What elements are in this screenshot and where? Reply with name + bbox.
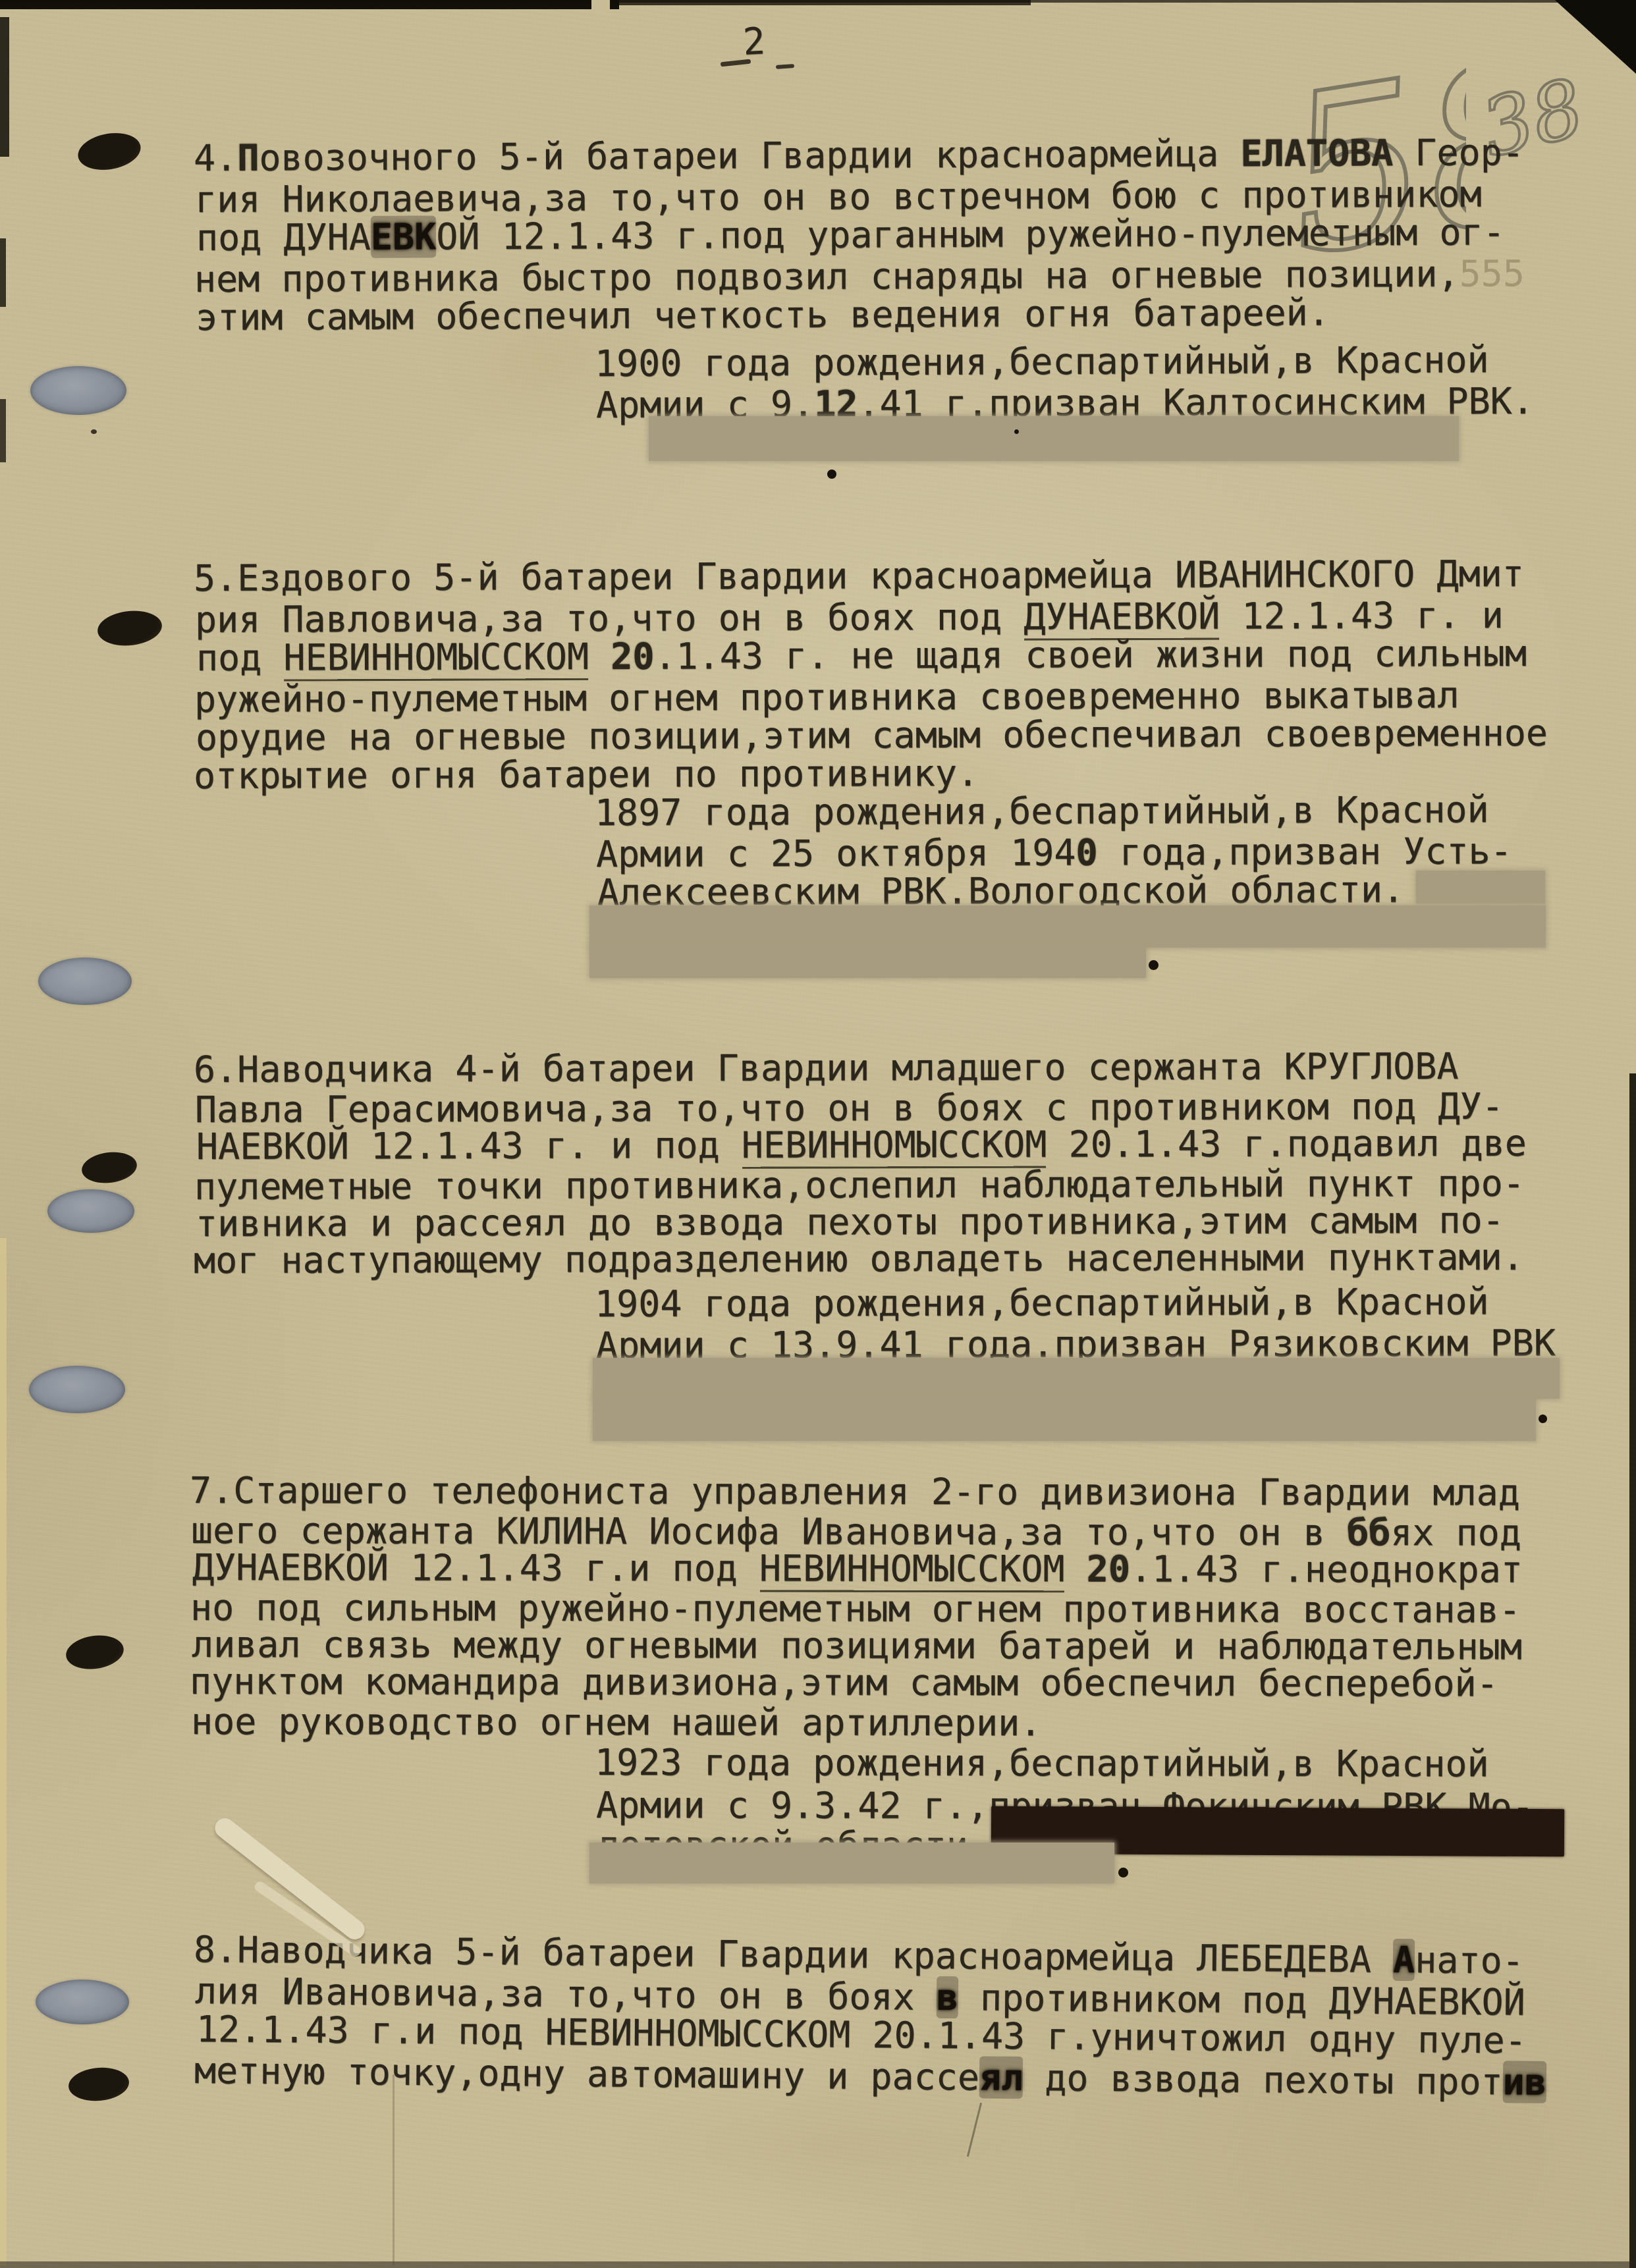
entry-7-body-line-3: ДУНАЕВКОЙ 12.1.43 г.и под НЕВИННОМЫССКОМ… [192, 1548, 1523, 1590]
ink-dot [827, 470, 836, 479]
hole-punch-mark [47, 1189, 134, 1233]
entry-5-body-line-3: под НЕВИННОМЫССКОМ 20.1.43 г. не щадя св… [196, 634, 1527, 678]
ink-dot [1118, 1868, 1128, 1877]
vertical-crease [393, 2074, 395, 2265]
entry-7-body-line-6: пунктом командира дивизиона,этим самым о… [190, 1661, 1498, 1703]
ink-speck [91, 429, 97, 434]
hole-punch-mark [36, 1980, 129, 2024]
ink-dot [1014, 429, 1019, 434]
scan-edge-bottom [0, 2261, 1636, 2268]
entry-4-info-line-1: 1900 года рождения,беспартийный,в Красно… [595, 340, 1489, 383]
page-number-dash-left [721, 59, 751, 67]
entry-7-info-line-1: 1923 года рождения,беспартийный,в Красно… [595, 1742, 1489, 1783]
scan-edge-left-1 [0, 17, 9, 157]
entry-7-body-line-7: ное руководство огнем нашей артиллерии. [191, 1702, 1042, 1742]
entry-4-body-line-5: этим самым обеспечил четкость ведения ог… [196, 292, 1330, 337]
page-number: 2 [742, 22, 766, 63]
scan-edge-top-line [0, 0, 1636, 3]
erasure-patch-entry6-wide [593, 1358, 1560, 1399]
entry-4-body-line-1: 4.Повозочного 5-й батареи Гвардии красно… [194, 132, 1524, 178]
entry-5-body-line-1: 5.Ездового 5-й батареи Гвардии красноарм… [194, 554, 1524, 598]
top-notch [591, 0, 610, 12]
entry-5-info-line-1: 1897 года рождения,беспартийный,в Красно… [595, 790, 1489, 832]
page-number-dash-right [776, 64, 794, 69]
ink-blot [80, 1149, 139, 1186]
ink-blot [67, 2065, 130, 2103]
entry-4-body-line-3: под ДУНАЕВКОЙ 12.1.43 г.под ураганным ру… [196, 212, 1505, 257]
erasure-patch-entry5-low [589, 946, 1146, 978]
paper-tear-mark [211, 1814, 368, 1943]
erasure-patch-entry5-side [1416, 871, 1545, 904]
scan-edge-left-3 [0, 399, 6, 462]
erasure-patch-entry6-low [593, 1397, 1536, 1441]
entry-6-body-line-1: 6.Наводчика 4-й батареи Гвардии младшего… [194, 1046, 1459, 1089]
scan-edge-right [1629, 1073, 1636, 2268]
erasure-patch-entry5-wide [589, 905, 1546, 948]
ink-blot [75, 128, 144, 175]
erasure-patch-entry7 [589, 1843, 1114, 1883]
entry-6-body-line-3: НАЕВКОЙ 12.1.43 г. и под НЕВИННОМЫССКОМ … [196, 1123, 1527, 1166]
entry-5-body-line-5: орудие на огневые позиции,этим самым обе… [196, 713, 1548, 757]
scan-corner-top-right [1544, 0, 1636, 74]
scan-edge-left-2 [0, 238, 6, 307]
hole-punch-mark [30, 366, 126, 415]
ink-dot [1149, 960, 1159, 970]
document-page: 2 58 38 4.Повозочного 5-й батареи Гварди… [0, 0, 1636, 2268]
hole-punch-mark [29, 1366, 125, 1413]
ink-blot [96, 608, 164, 649]
entry-6-info-line-1: 1904 года рождения,беспартийный,в Красно… [595, 1282, 1489, 1324]
hole-punch-mark [38, 958, 132, 1005]
pencil-scratch [967, 2103, 982, 2157]
ink-blot [64, 1632, 126, 1673]
entry-6-body-line-6: мог наступающему подразделению овладеть … [194, 1237, 1524, 1280]
ink-dot [1539, 1415, 1547, 1423]
entry-7-body-line-1: 7.Старшего телефониста управления 2-го д… [190, 1471, 1520, 1513]
erasure-patch-entry4 [649, 416, 1459, 461]
entry-5-body-line-6: открытие огня батареи по противнику. [194, 753, 979, 796]
scan-edge-left-yellow [0, 1238, 7, 2265]
entry-5-info-line-2: Армии с 25 октября 1940 года,призван Уст… [596, 831, 1512, 874]
